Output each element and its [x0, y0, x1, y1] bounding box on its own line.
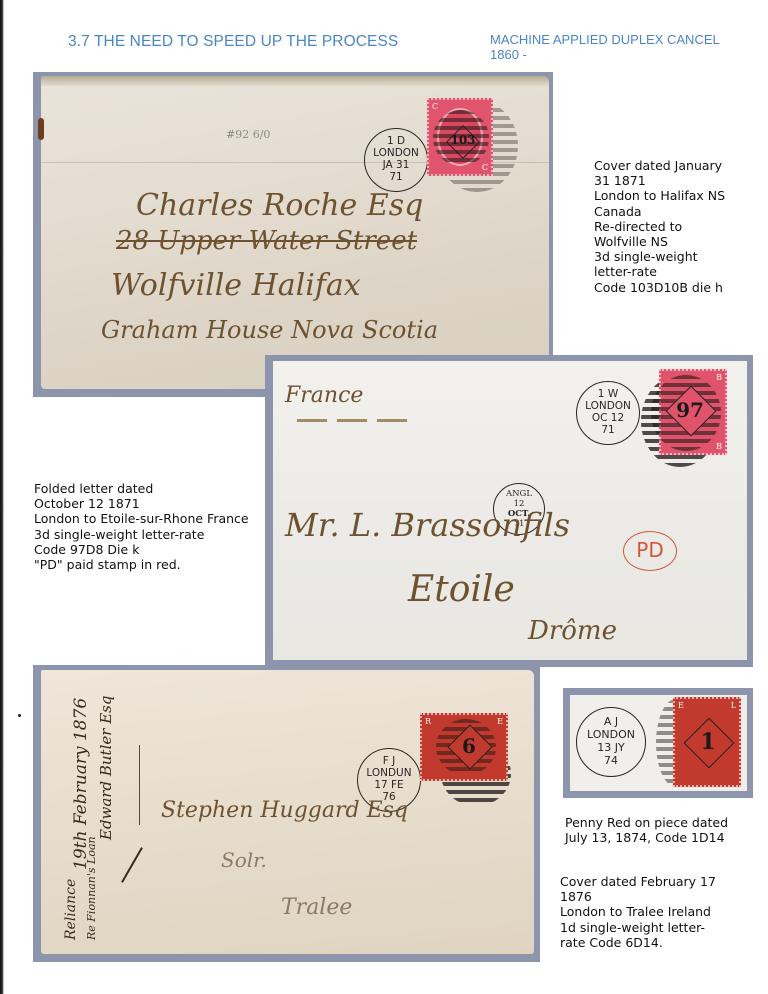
postmark-line: F J — [358, 755, 420, 767]
docket-line: Edward Butler Esq — [97, 668, 115, 840]
caption-cover-1871-halifax: Cover dated January 31 1871 London to Ha… — [594, 158, 725, 295]
postmark-line: LONDON — [577, 400, 639, 412]
corner-letter: R — [425, 717, 431, 726]
corner-letter: E — [497, 717, 503, 726]
address-line: Drôme — [528, 616, 617, 646]
binder-edge — [0, 0, 4, 994]
envelope: #92 6/0 1 D LONDON JA 31 71 C C 103 Char… — [41, 78, 549, 389]
folded-letter: France 1 W LONDON OC 12 71 B B 97 ANGL 1… — [273, 361, 747, 660]
postmark-line: 1 D — [365, 135, 427, 147]
corner-letter: B — [716, 373, 722, 382]
postmark-line: A J — [577, 715, 645, 728]
stamp-penny-red: E L 1 — [673, 697, 741, 787]
stamp-3d-rose: B B 97 — [659, 369, 727, 455]
cancel-numeral: 6 — [449, 734, 489, 758]
envelope: 19th February 1876 Edward Butler Esq Rel… — [41, 670, 534, 954]
postmark-line: JA 31 — [365, 159, 427, 171]
docket-line: Re Fionnan's Loan — [85, 836, 98, 940]
postmark-line: LONDON — [365, 147, 427, 159]
subtitle-line: MACHINE APPLIED DUPLEX CANCEL — [490, 32, 720, 47]
address-line: Graham House Nova Scotia — [101, 316, 438, 344]
page-title: 3.7 THE NEED TO SPEED UP THE PROCESS — [68, 33, 398, 51]
piece-1874: A J LONDON 13 JY 74 E L 1 — [563, 688, 753, 798]
stamp-3d-rose: C C 103 — [427, 98, 493, 176]
address-line: Solr. — [221, 848, 267, 872]
address-line: Charles Roche Esq — [136, 188, 423, 223]
cover-1871-halifax: #92 6/0 1 D LONDON JA 31 71 C C 103 Char… — [33, 72, 553, 397]
address-line: Mr. L. Brassonfils — [285, 506, 570, 544]
postmark-london: A J LONDON 13 JY 74 — [576, 707, 646, 777]
docket-line: Reliance — [63, 879, 79, 940]
caption-piece-1874: Penny Red on piece dated July 13, 1874, … — [565, 815, 728, 845]
postmark-line: OC 12 — [577, 412, 639, 424]
postmark-line: LONDON — [577, 728, 645, 741]
subtitle-date: 1860 - — [490, 47, 720, 62]
postmark-line: LONDUN — [358, 767, 420, 779]
cancel-numeral: 103 — [443, 133, 483, 147]
postmark-line: 13 JY — [577, 741, 645, 754]
pd-paid-mark: PD — [623, 531, 677, 571]
stray-mark — [18, 714, 21, 717]
stamp-penny-red: R E 6 — [420, 713, 508, 781]
cancel-numeral: 97 — [669, 398, 711, 422]
postmark-london: 1 W LONDON OC 12 71 — [576, 381, 640, 445]
transit-line: ANGL — [494, 489, 544, 499]
routing-note: France — [285, 383, 363, 408]
folded-letter-1871-france: France 1 W LONDON OC 12 71 B B 97 ANGL 1… — [265, 355, 753, 667]
corner-letter: L — [731, 701, 736, 710]
caption-cover-1876-tralee: Cover dated February 17 1876 London to T… — [560, 874, 716, 950]
corner-letter: E — [678, 701, 684, 710]
caption-folded-letter-1871: Folded letter dated October 12 1871 Lond… — [34, 481, 249, 572]
piece: A J LONDON 13 JY 74 E L 1 — [570, 695, 747, 791]
postmark-line: 1 W — [577, 388, 639, 400]
address-line: Etoile — [408, 569, 515, 610]
postmark-line: 74 — [577, 754, 645, 767]
cover-1876-tralee: 19th February 1876 Edward Butler Esq Rel… — [33, 665, 540, 962]
cancel-numeral: 1 — [687, 729, 729, 755]
corner-letter: C — [482, 163, 488, 172]
postmark-line: 71 — [365, 171, 427, 183]
address-line-struck: 28 Upper Water Street — [116, 226, 417, 256]
address-line: Stephen Huggard Esq — [161, 798, 408, 823]
address-line: Tralee — [281, 895, 352, 920]
page-subtitle: MACHINE APPLIED DUPLEX CANCEL 1860 - — [490, 32, 720, 62]
postmark-london: 1 D LONDON JA 31 71 — [364, 128, 428, 192]
address-line: Wolfville Halifax — [111, 268, 361, 303]
postmark-line: 71 — [577, 424, 639, 436]
postmark-line: 17 FE — [358, 779, 420, 791]
corner-letter: C — [432, 102, 438, 111]
corner-letter: B — [716, 442, 722, 451]
pencil-note: #92 6/0 — [226, 128, 270, 141]
